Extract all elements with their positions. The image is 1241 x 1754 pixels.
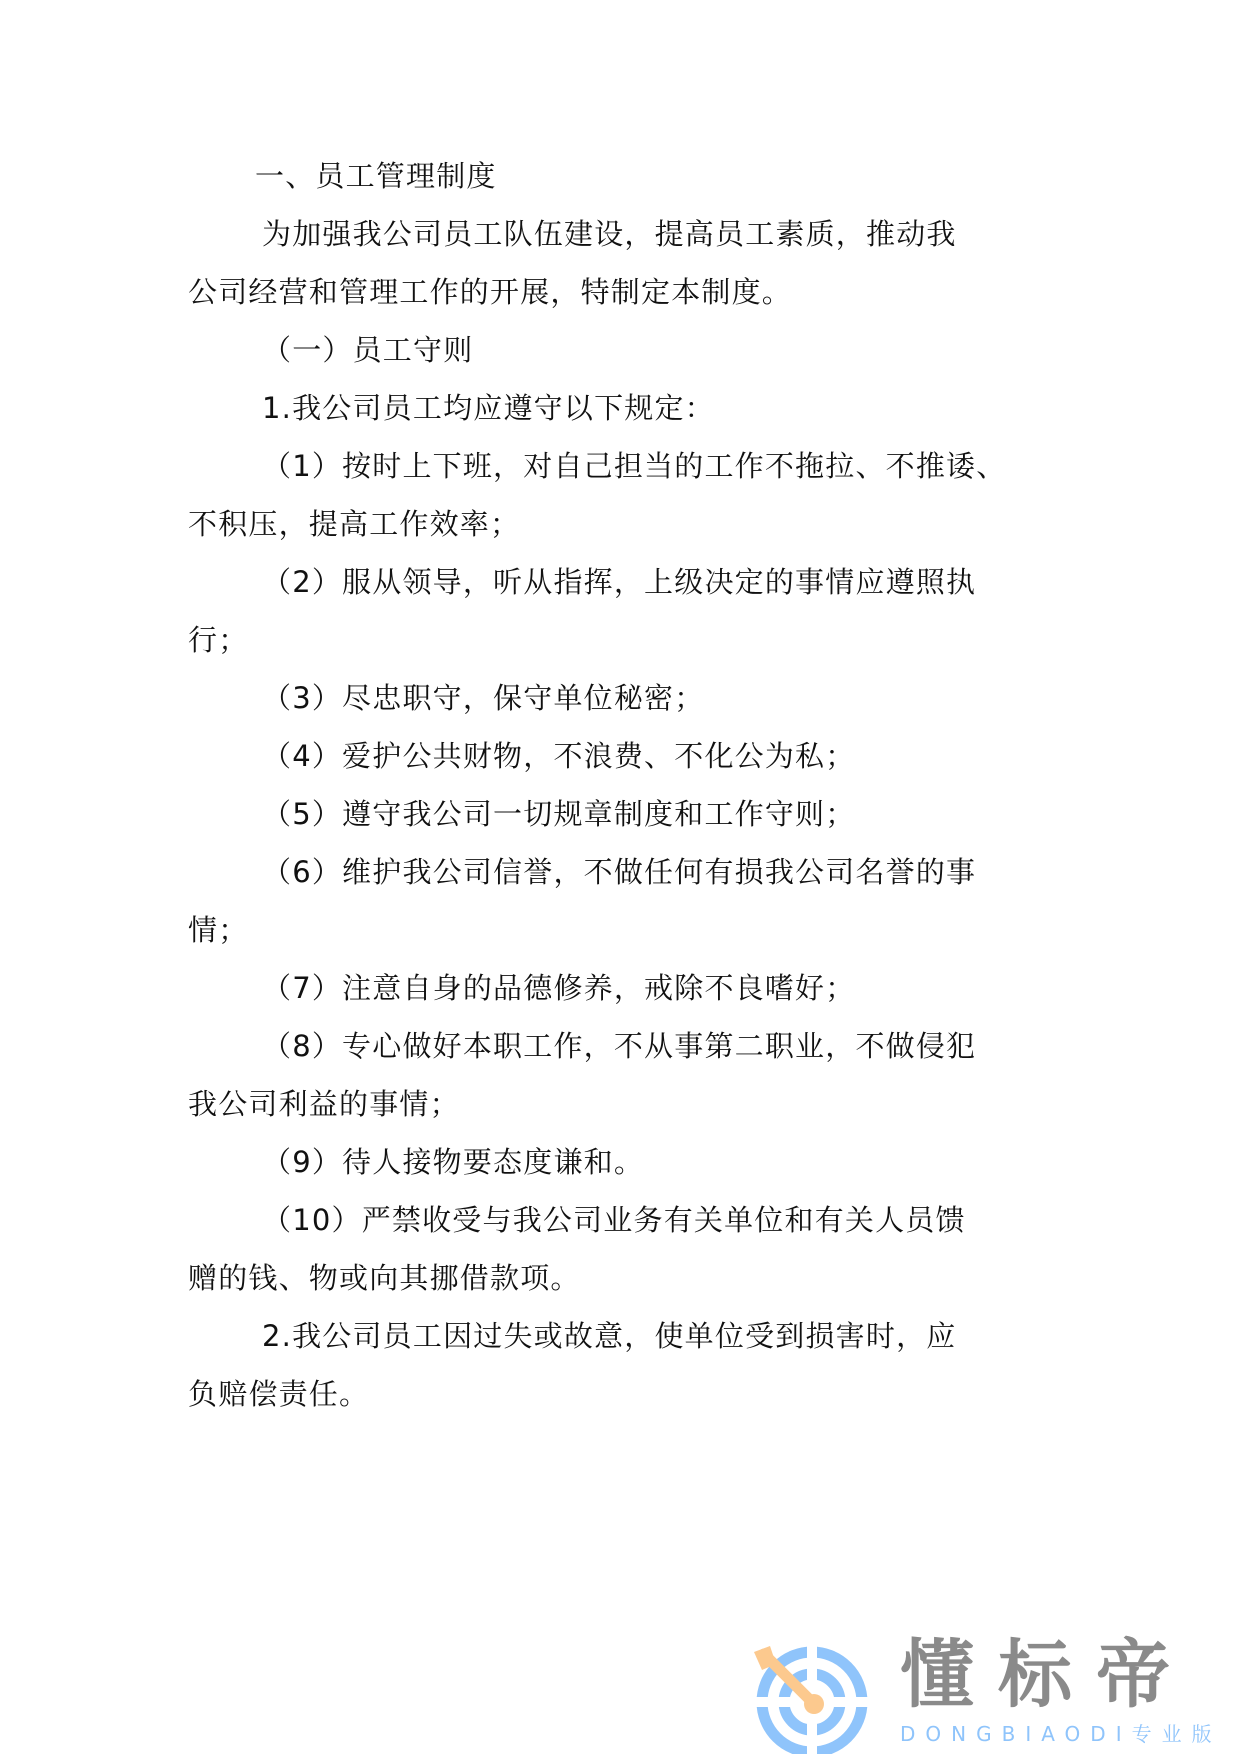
watermark-title: 懂标帝 bbox=[900, 1630, 1194, 1720]
text-line: 负赔偿责任。 bbox=[188, 1374, 369, 1414]
text-line: （3）尽忠职守，保守单位秘密； bbox=[262, 678, 704, 718]
text-line: 公司经营和管理工作的开展，特制定本制度。 bbox=[188, 272, 792, 312]
text-line: （5）遵守我公司一切规章制度和工作守则； bbox=[262, 794, 855, 834]
text-line: （7）注意自身的品德修养，戒除不良嗜好； bbox=[262, 968, 855, 1008]
text-line: （1）按时上下班，对自己担当的工作不拖拉、不推诿、 bbox=[262, 446, 1006, 486]
text-line: （一）员工守则 bbox=[262, 330, 473, 370]
text-line: （6）维护我公司信誉，不做任何有损我公司名誉的事 bbox=[262, 852, 976, 892]
text-line: 赠的钱、物或向其挪借款项。 bbox=[188, 1258, 581, 1298]
text-line: 一、员工管理制度 bbox=[255, 156, 497, 196]
text-line: （4）爱护公共财物，不浪费、不化公为私； bbox=[262, 736, 855, 776]
text-line: （9）待人接物要态度谦和。 bbox=[262, 1142, 644, 1182]
text-line: 不积压，提高工作效率； bbox=[188, 504, 520, 544]
text-line: （8）专心做好本职工作，不从事第二职业，不做侵犯 bbox=[262, 1026, 976, 1066]
text-line: （2）服从领导，听从指挥，上级决定的事情应遵照执 bbox=[262, 562, 976, 602]
text-line: 我公司利益的事情； bbox=[188, 1084, 460, 1124]
text-line: 为加强我公司员工队伍建设，提高员工素质，推动我 bbox=[262, 214, 957, 254]
watermark-logo: 懂标帝 DONGBIAODI专业版 bbox=[740, 1630, 1220, 1754]
text-line: 行； bbox=[188, 620, 248, 660]
target-arrow-icon bbox=[750, 1640, 870, 1754]
text-line: 1.我公司员工均应遵守以下规定： bbox=[262, 388, 715, 428]
text-line: 情； bbox=[188, 910, 248, 950]
text-line: （10）严禁收受与我公司业务有关单位和有关人员馈 bbox=[262, 1200, 966, 1240]
text-line: 2.我公司员工因过失或故意，使单位受到损害时，应 bbox=[262, 1316, 956, 1356]
watermark-subtitle: DONGBIAODI专业版 bbox=[900, 1722, 1222, 1746]
